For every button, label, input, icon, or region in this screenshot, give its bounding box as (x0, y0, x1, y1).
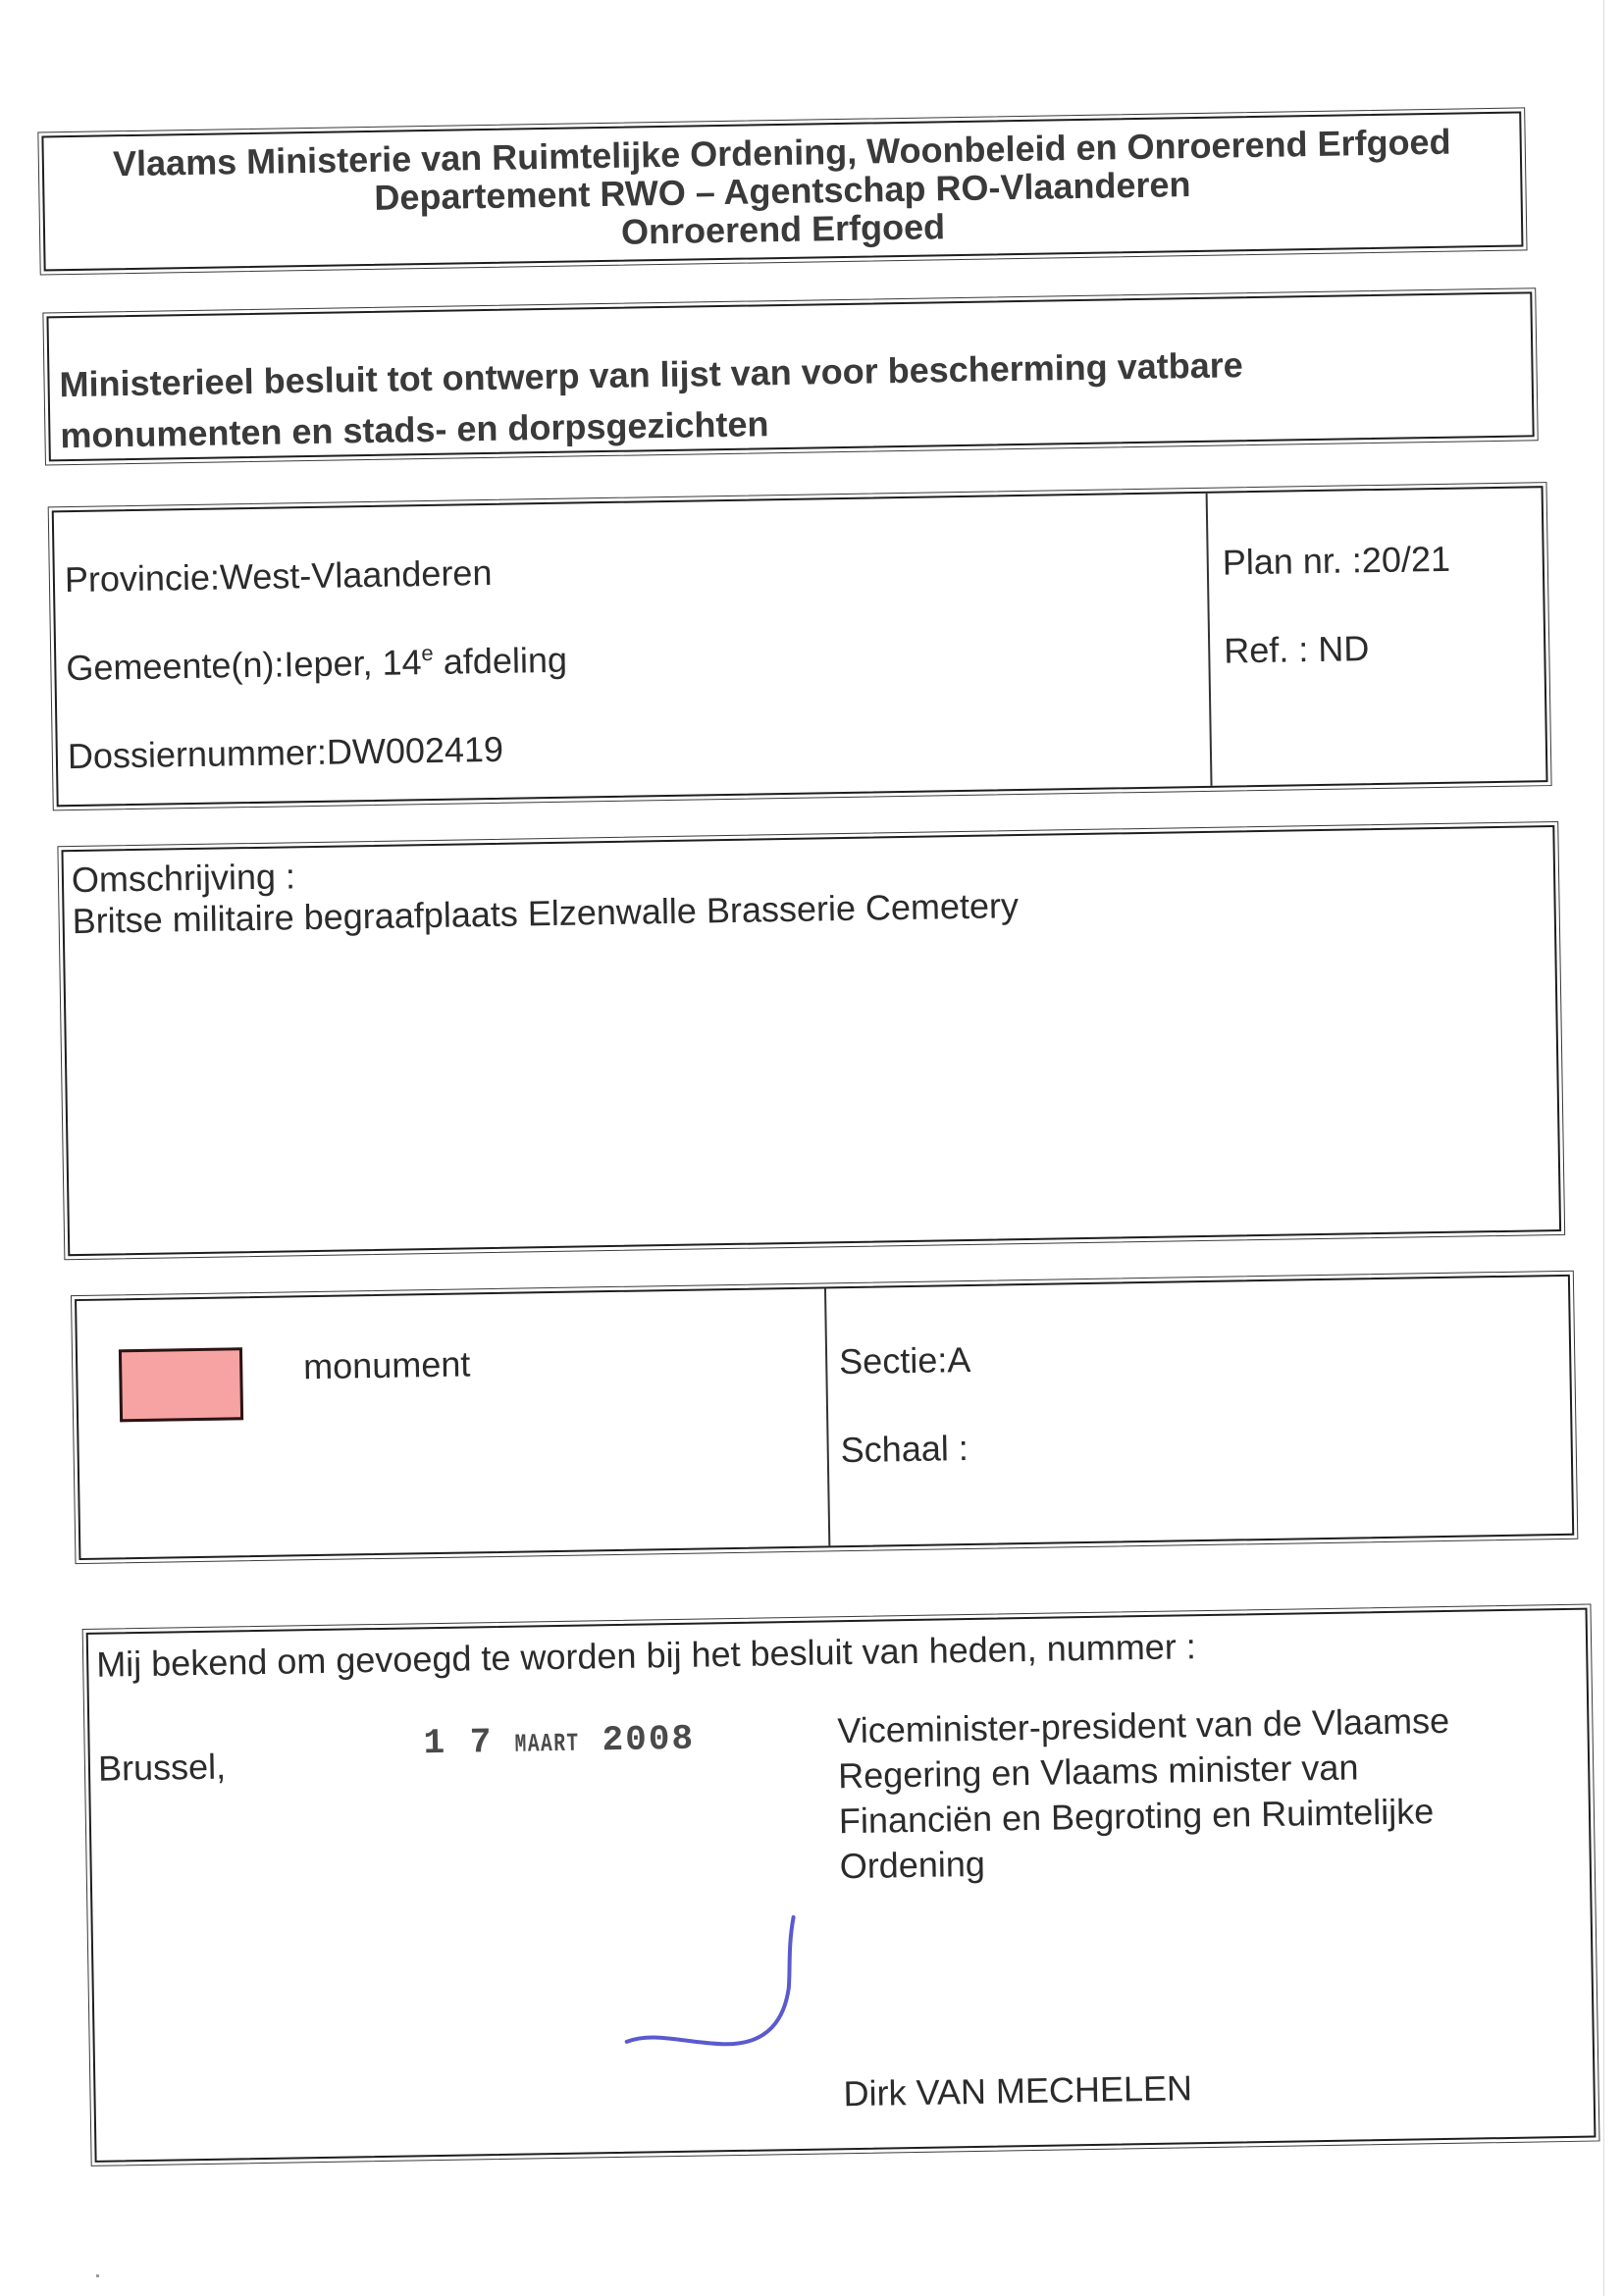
plan-field: Plan nr. :20/21 (1222, 539, 1450, 584)
legend-box: monument Sectie:A Schaal : (75, 1275, 1574, 1560)
signatory-name: Dirk VAN MECHELEN (843, 2067, 1192, 2114)
date-stamp: 1 7 MAART 2008 (423, 1719, 695, 1764)
ref-label: Ref. : (1224, 629, 1319, 671)
monument-color-swatch-icon (119, 1347, 243, 1422)
provincie-label: Provincie: (65, 557, 221, 600)
sectie-value: A (947, 1339, 971, 1380)
description-label: Omschrijving : (72, 856, 296, 901)
scan-speck (96, 2274, 99, 2277)
stamp-month: MAART (515, 1729, 581, 1759)
sectie-field: Sectie:A (839, 1339, 971, 1383)
info-divider (1206, 494, 1213, 786)
stamp-day: 1 7 (423, 1722, 493, 1763)
gemeente-value: Ieper, 14 (284, 642, 422, 684)
scan-edge-line (1603, 0, 1604, 2296)
gemeente-ordinal: e (421, 641, 434, 665)
description-box: Omschrijving : Britse militaire begraafp… (61, 825, 1561, 1256)
gemeente-label: Gemeente(n): (66, 644, 285, 688)
plan-value: 20/21 (1362, 539, 1451, 580)
gemeente-suffix: afdeling (433, 640, 567, 682)
decree-title-box: Ministerieel besluit tot ontwerp van lij… (46, 291, 1534, 461)
plan-label: Plan nr. : (1222, 540, 1362, 582)
ref-field: Ref. : ND (1224, 628, 1370, 671)
handwritten-signature-icon (623, 1917, 782, 2038)
provincie-field: Provincie:West-Vlaanderen (65, 552, 493, 600)
document-page: Vlaams Ministerie van Ruimtelijke Ordeni… (0, 0, 1623, 2296)
statement-text: Mij bekend om gevoegd te worden bij het … (96, 1626, 1196, 1686)
location-info-box: Provincie:West-Vlaanderen Gemeente(n):Ie… (52, 486, 1548, 807)
signature-box: Mij bekend om gevoegd te worden bij het … (86, 1608, 1597, 2163)
provincie-value: West-Vlaanderen (220, 552, 493, 598)
schaal-field: Schaal : (840, 1428, 969, 1471)
stamp-year: 2008 (602, 1719, 695, 1761)
ministry-header-box: Vlaams Ministerie van Ruimtelijke Ordeni… (41, 111, 1523, 271)
dossier-label: Dossiernummer: (68, 732, 328, 776)
place-text: Brussel, (98, 1747, 227, 1790)
ref-value: ND (1318, 628, 1370, 669)
minister-title: Viceminister-president van de VlaamseReg… (837, 1696, 1546, 1889)
sectie-label: Sectie: (839, 1339, 948, 1382)
schaal-label: Schaal : (840, 1428, 969, 1470)
gemeente-field: Gemeente(n):Ieper, 14e afdeling (66, 640, 567, 689)
dossier-field: Dossiernummer:DW002419 (68, 729, 504, 777)
legend-label: monument (303, 1343, 471, 1387)
legend-divider (824, 1288, 830, 1545)
dossier-value: DW002419 (327, 729, 504, 772)
decree-title: Ministerieel besluit tot ontwerp van lij… (59, 339, 1244, 461)
